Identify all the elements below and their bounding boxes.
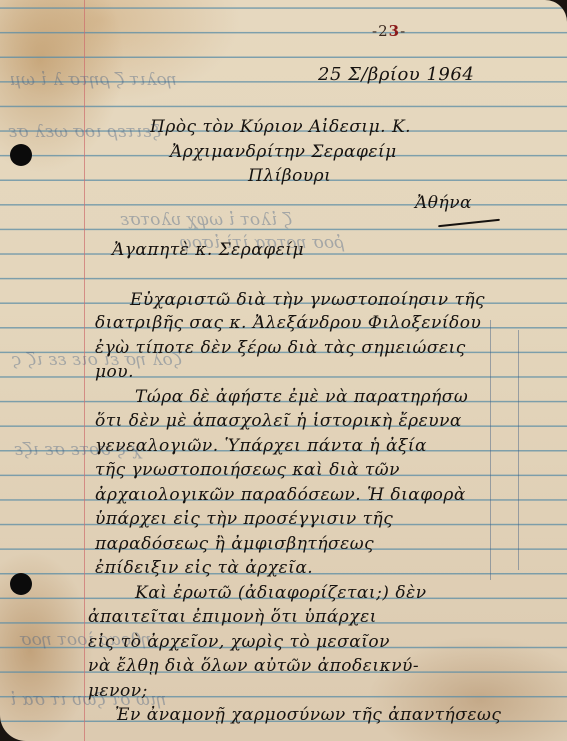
body-line: εἰς τὸ ἀρχεῖον, χωρὶς τὸ μεσαῖον — [88, 632, 390, 652]
notebook-page: ηολιτ ζ ρητσ λ ἰ ωμ ξειτερ ιοσ ωελ σε ζ … — [0, 0, 567, 741]
punch-hole-top — [10, 144, 32, 166]
body-line: μενον; — [88, 681, 148, 701]
bleed-through-stroke — [518, 330, 519, 570]
body-line: Εὐχαριστῶ διὰ τὴν γνωστοποίησιν τῆς — [130, 290, 485, 310]
body-line: ἀπαιτεῖται ἐπιμονὴ ὅτι ὑπάρχει — [88, 607, 377, 627]
body-line: Ἐν ἀναμονῇ χαρμοσύνων τῆς ἀπαντήσεως — [115, 705, 501, 725]
letter-date: 25 Σ/βρίου 1964 — [318, 64, 474, 85]
body-line: νὰ ἔλθῃ διὰ ὅλων αὐτῶν ἀποδεικνύ- — [88, 656, 419, 676]
body-line: ἀρχαιολογικῶν παραδόσεων. Ἡ διαφορὰ — [95, 485, 466, 505]
bleed-through-text: ηολιτ ζ ρητσ λ ἰ ωμ — [10, 70, 177, 90]
bleed-through-text: ζ ἰλοτ ἰ ωφχ υλοτσε — [120, 210, 292, 230]
body-line: γενεαλογιῶν. Ὑπάρχει πάντα ἡ ἀξία — [95, 436, 427, 456]
addressee-line-2: Ἀρχιμανδρίτην Σεραφείμ — [170, 142, 397, 162]
body-line: παραδόσεως ἢ ἀμφισβητήσεως — [95, 534, 374, 554]
body-line: διατριβῆς σας κ. Ἀλεξάνδρου Φιλοξενίδου — [95, 313, 481, 333]
greeting: Ἀγαπητὲ κ. Σεραφείμ — [112, 240, 304, 260]
place-name: Ἀθήνα — [415, 193, 472, 213]
body-line: ἐπίδειξιν εἰς τὰ ἀρχεῖα. — [95, 558, 313, 578]
bleed-through-stroke — [490, 320, 491, 580]
addressee-line-3: Πλίβουρι — [248, 166, 331, 186]
punch-hole-bottom — [10, 573, 32, 595]
page-number: -23- — [372, 22, 406, 40]
addressee-line-1: Πρὸς τὸν Κύριον Αἰδεσιμ. Κ. — [150, 117, 411, 137]
body-line: ὑπάρχει εἰς τὴν προσέγγισιν τῆς — [95, 509, 393, 529]
body-line: Τώρα δὲ ἀφήστε ἐμὲ νὰ παρατηρήσω — [135, 387, 468, 407]
body-line: μου. — [95, 362, 134, 382]
body-line: τῆς γνωστοποιήσεως καὶ διὰ τῶν — [95, 460, 400, 480]
body-line: ὅτι δὲν μὲ ἀπασχολεῖ ἡ ἱστορικὴ ἔρευνα — [95, 411, 462, 431]
bleed-through-text: ξειτερ ιοσ ωελ σε — [8, 122, 161, 142]
body-line: ἐγὼ τίποτε δὲν ξέρω διὰ τὰς σημειώσεις — [95, 338, 466, 358]
body-line: Καὶ ἐρωτῶ (ἀδιαφορίζεται;) δὲν — [135, 583, 427, 603]
